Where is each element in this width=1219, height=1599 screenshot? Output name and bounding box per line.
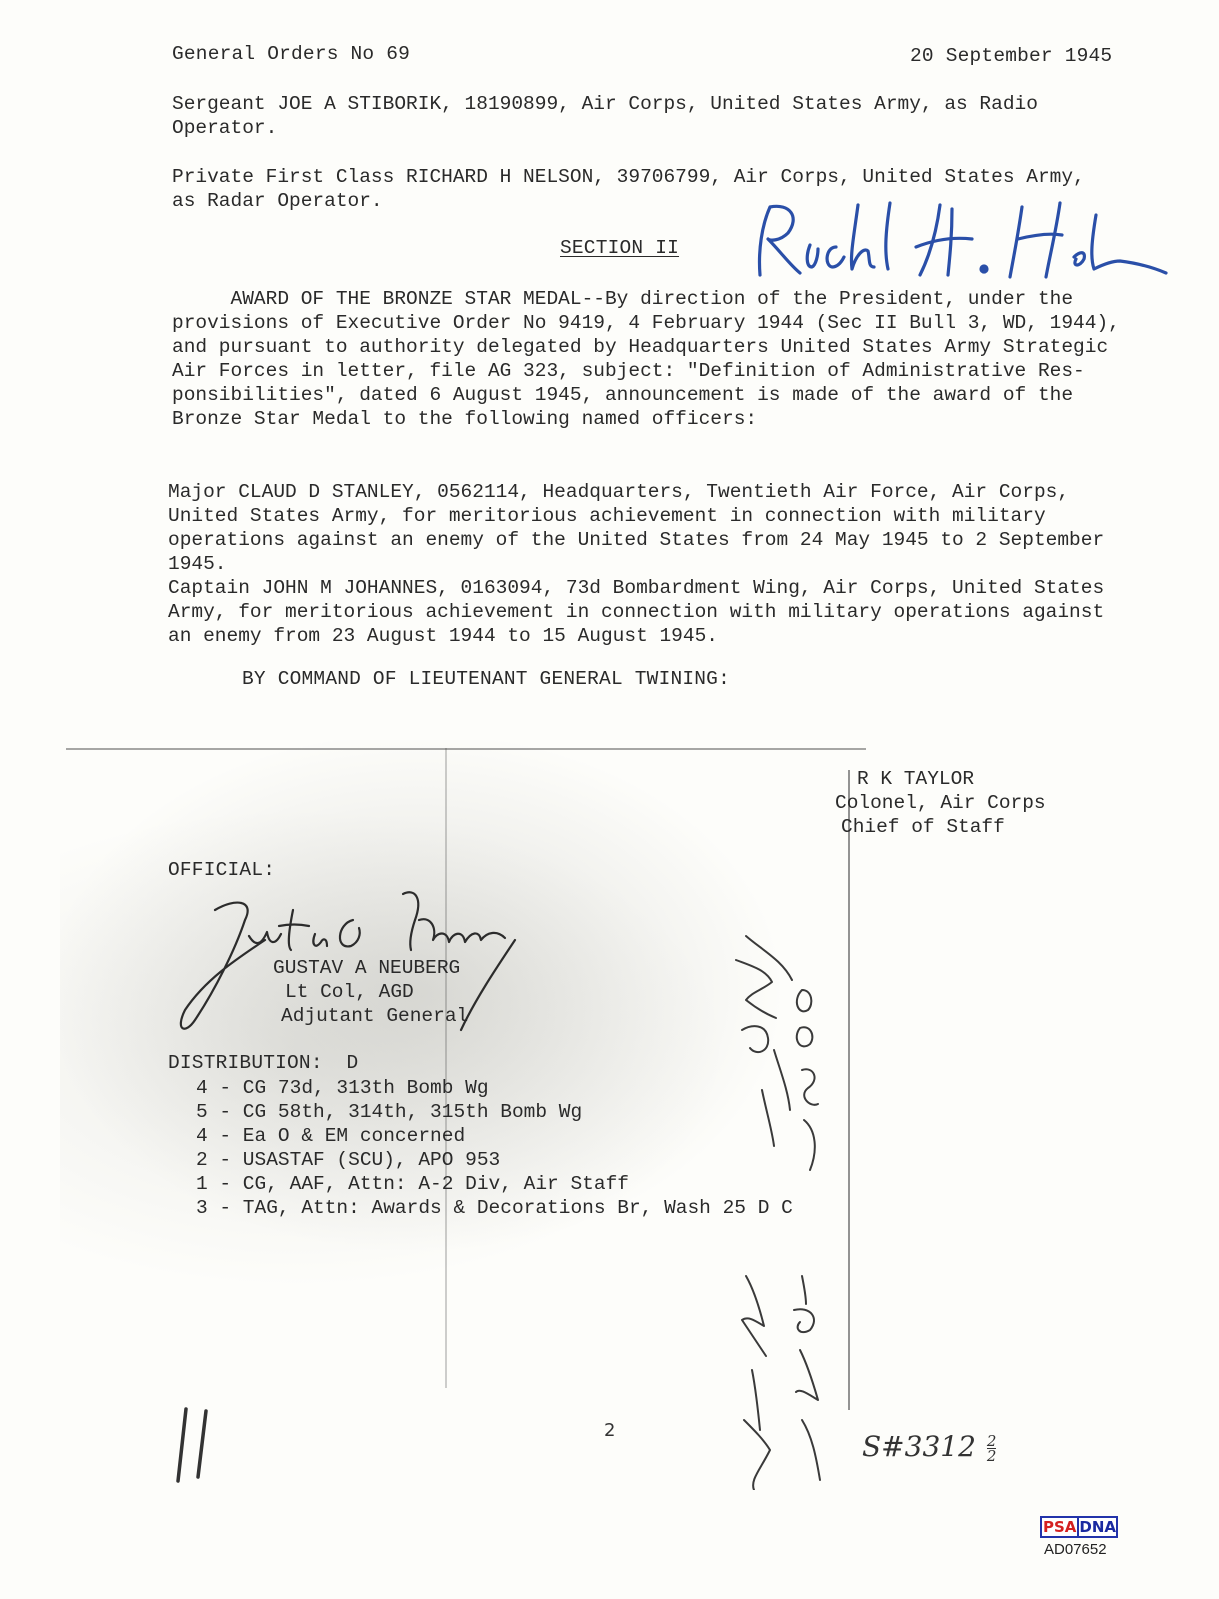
distribution-item: 5 - CG 58th, 314th, 315th Bomb Wg xyxy=(196,1100,793,1124)
certificate-id: AD07652 xyxy=(1044,1541,1107,1558)
psa-dna-logo: PSA DNA xyxy=(1040,1516,1118,1538)
fold-line-horizontal xyxy=(66,748,866,750)
official-label: OFFICIAL: xyxy=(168,858,275,882)
distribution-list: 4 - CG 73d, 313th Bomb Wg 5 - CG 58th, 3… xyxy=(196,1076,793,1220)
awardee-entry: Captain JOHN M JOHANNES, 0163094, 73d Bo… xyxy=(168,576,1104,648)
handwritten-address-note-icon xyxy=(730,1270,850,1490)
command-line: BY COMMAND OF LIEUTENANT GENERAL TWINING… xyxy=(242,667,730,691)
document-page: General Orders No 69 20 September 1945 S… xyxy=(0,0,1219,1599)
official-title: Adjutant General xyxy=(273,1004,468,1028)
signatory-rank: Colonel, Air Corps xyxy=(835,791,1046,815)
official-name: GUSTAV A NEUBERG xyxy=(273,956,468,980)
distribution-item: 1 - CG, AAF, Attn: A-2 Div, Air Staff xyxy=(196,1172,793,1196)
official-rank: Lt Col, AGD xyxy=(273,980,468,1004)
handwritten-address-note-icon xyxy=(722,920,832,1200)
official-block: GUSTAV A NEUBERG Lt Col, AGD Adjutant Ge… xyxy=(273,956,468,1028)
personnel-entry: Sergeant JOE A STIBORIK, 18190899, Air C… xyxy=(172,92,1038,140)
order-date: 20 September 1945 xyxy=(910,44,1112,68)
distribution-item: 4 - CG 73d, 313th Bomb Wg xyxy=(196,1076,793,1100)
fraction-note: 2 2 xyxy=(987,1434,997,1463)
tally-marks-icon xyxy=(174,1405,214,1485)
distribution-label: DISTRIBUTION: D xyxy=(168,1051,358,1075)
award-paragraph: AWARD OF THE BRONZE STAR MEDAL--By direc… xyxy=(172,287,1120,431)
fold-line-vertical-left xyxy=(445,748,447,1388)
stock-number: S#3312 2 2 xyxy=(862,1430,996,1463)
signatory-title: Chief of Staff xyxy=(835,815,1046,839)
order-number: General Orders No 69 xyxy=(172,42,410,66)
signatory-block: R K TAYLOR Colonel, Air Corps Chief of S… xyxy=(835,767,1046,839)
awardee-entry: Major CLAUD D STANLEY, 0562114, Headquar… xyxy=(168,480,1104,576)
autograph-signature-icon xyxy=(740,195,1170,285)
distribution-item: 2 - USASTAF (SCU), APO 953 xyxy=(196,1148,793,1172)
distribution-item: 4 - Ea O & EM concerned xyxy=(196,1124,793,1148)
signatory-name: R K TAYLOR xyxy=(835,767,1046,791)
page-number: 2 xyxy=(604,1420,615,1441)
section-title: SECTION II xyxy=(560,236,679,260)
distribution-item: 3 - TAG, Attn: Awards & Decorations Br, … xyxy=(196,1196,793,1220)
